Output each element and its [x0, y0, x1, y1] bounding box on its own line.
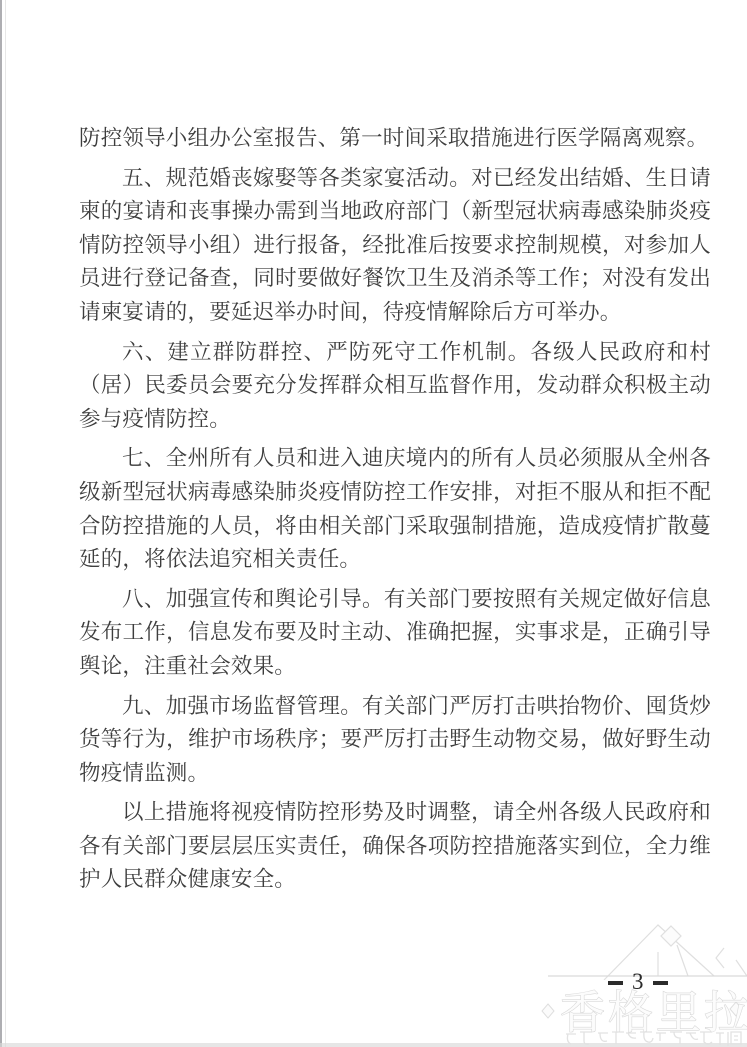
mountain-ridge-line [677, 945, 688, 976]
page-number-dash [653, 981, 668, 985]
scan-edge-line-left-faint [5, 0, 6, 1047]
watermark-text-cn: 香格里拉 [560, 988, 747, 1038]
document-page: 防控领导小组办公室报告、第一时间采取措施进行医学隔离观察。 五、规范婚丧嫁娶等各… [0, 0, 747, 1047]
mountain-chevron-line [716, 948, 724, 968]
scan-edge-line-left [0, 0, 2, 1047]
mountain-logo-watermark [540, 888, 747, 980]
paragraph-closing: 以上措施将视疫情防控形势及时调整，请全州各级人民政府和各有关部门要层层压实责任，… [79, 796, 711, 897]
paragraph-item-8: 八、加强宣传和舆论引导。有关部门要按照有关规定做好信息发布工作，信息发布要及时主… [79, 583, 711, 684]
paragraph-item-7: 七、全州所有人员和进入迪庆境内的所有人员必须服从全州各级新型冠状病毒感染肺炎疫情… [79, 442, 711, 576]
document-body: 防控领导小组办公室报告、第一时间采取措施进行医学隔离观察。 五、规范婚丧嫁娶等各… [79, 122, 711, 903]
page-number-value: 3 [632, 970, 644, 993]
paragraph-item-5: 五、规范婚丧嫁娶等各类家宴活动。对已经发出结婚、生日请柬的宴请和丧事操办需到当地… [79, 162, 711, 330]
paragraph-item-6: 六、建立群防群控、严防死守工作机制。各级人民政府和村（居）民委员会要充分发挥群众… [79, 336, 711, 437]
paragraph-item-9: 九、加强市场监督管理。有关部门严厉打击哄抬物价、囤货炒货等行为，维护市场秩序；要… [79, 690, 711, 791]
mountain-right-slope-line [736, 960, 747, 976]
page-number: 3 [608, 971, 668, 994]
diamond-icon [542, 1004, 554, 1018]
page-number-dash [608, 981, 623, 985]
paragraph-continuation: 防控领导小组办公室报告、第一时间采取措施进行医学隔离观察。 [79, 122, 711, 156]
